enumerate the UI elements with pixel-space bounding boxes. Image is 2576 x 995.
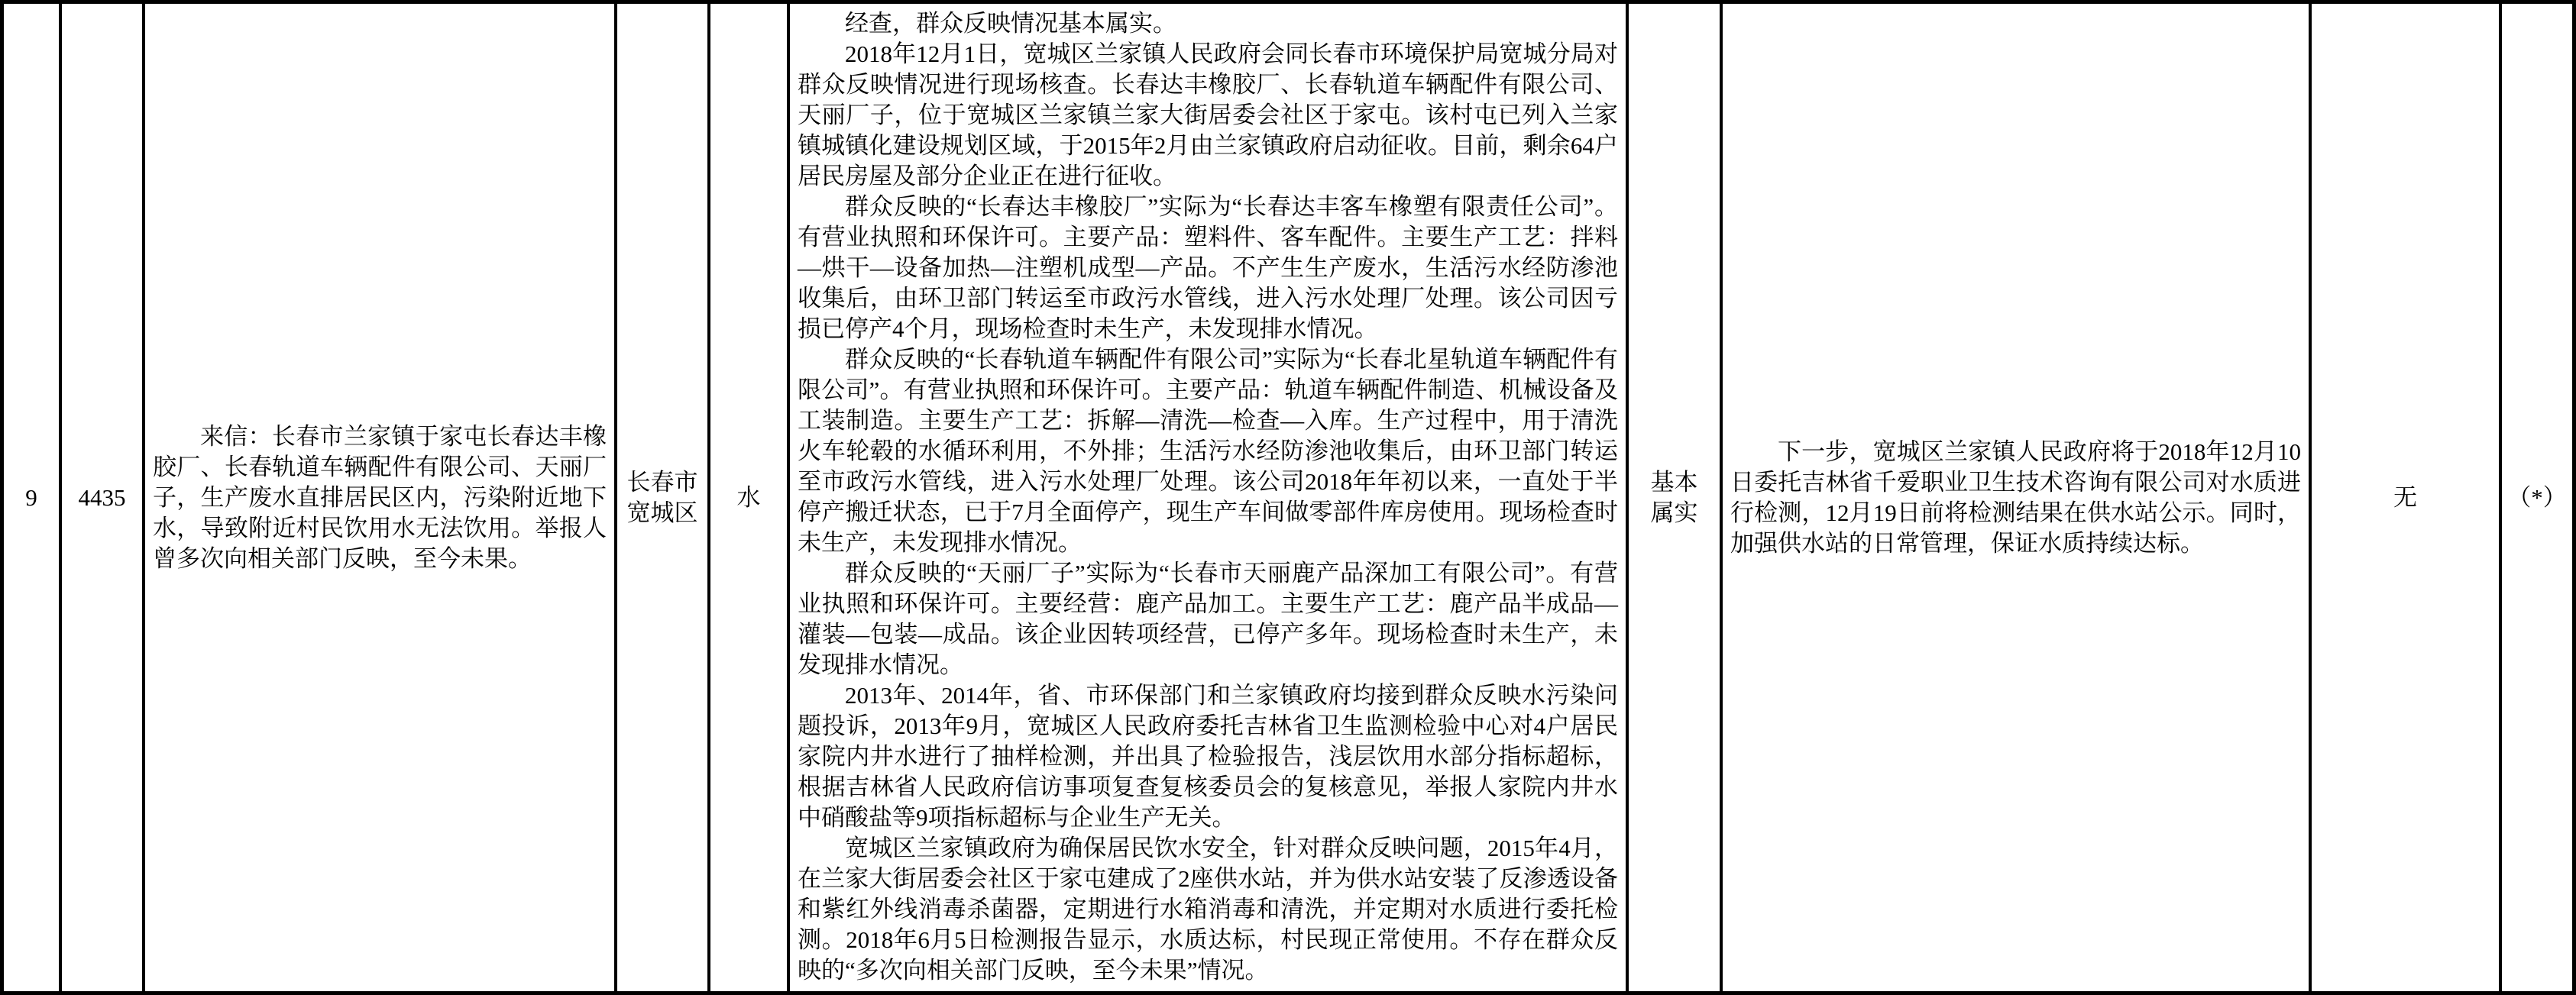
investigation-paragraph: 群众反映的“长春达丰橡胶厂”实际为“长春达丰客车橡塑有限责任公司”。有营业执照和… bbox=[798, 192, 1618, 344]
investigation-cell: 经查，群众反映情况基本属实。 2018年12月1日，宽城区兰家镇人民政府会同长春… bbox=[790, 4, 1626, 991]
accountability-cell: 无 bbox=[2312, 4, 2499, 991]
region-city: 长春市 bbox=[627, 467, 698, 498]
pollution-type: 水 bbox=[737, 483, 761, 513]
complaint-text: 来信：长春市兰家镇于家屯长春达丰橡胶厂、长春轨道车辆配件有限公司、天丽厂子，生产… bbox=[153, 422, 607, 574]
complaint-cell: 来信：长春市兰家镇于家屯长春达丰橡胶厂、长春轨道车辆配件有限公司、天丽厂子，生产… bbox=[145, 4, 614, 991]
publicity-value: （*） bbox=[2507, 483, 2567, 513]
complaint-register-sheet: 9 4435 来信：长春市兰家镇于家屯长春达丰橡胶厂、长春轨道车辆配件有限公司、… bbox=[0, 0, 2576, 995]
region-district: 宽城区 bbox=[627, 498, 698, 528]
investigation-paragraph: 群众反映的“长春轨道车辆配件有限公司”实际为“长春北星轨道车辆配件有限公司”。有… bbox=[798, 344, 1618, 558]
verification-cell: 基本 属实 bbox=[1629, 4, 1720, 991]
verification-result-line2: 属实 bbox=[1651, 498, 1698, 528]
investigation-paragraph: 2018年12月1日，宽城区兰家镇人民政府会同长春市环境保护局宽城分局对群众反映… bbox=[798, 39, 1618, 192]
handling-cell: 下一步，宽城区兰家镇人民政府将于2018年12月10日委托吉林省千爱职业卫生技术… bbox=[1723, 4, 2309, 991]
table-row: 9 4435 来信：长春市兰家镇于家屯长春达丰橡胶厂、长春轨道车辆配件有限公司、… bbox=[0, 0, 2576, 995]
accountability-value: 无 bbox=[2393, 483, 2417, 513]
region-cell: 长春市 宽城区 bbox=[617, 4, 707, 991]
case-number: 4435 bbox=[79, 483, 126, 513]
seq-cell: 9 bbox=[4, 4, 59, 991]
publicity-cell: （*） bbox=[2502, 4, 2572, 991]
investigation-paragraph: 经查，群众反映情况基本属实。 bbox=[798, 8, 1618, 39]
seq-number: 9 bbox=[25, 483, 37, 513]
handling-text: 下一步，宽城区兰家镇人民政府将于2018年12月10日委托吉林省千爱职业卫生技术… bbox=[1730, 437, 2301, 559]
investigation-paragraph: 宽城区兰家镇政府为确保居民饮水安全，针对群众反映问题，2015年4月，在兰家大街… bbox=[798, 833, 1618, 986]
investigation-paragraph: 2013年、2014年，省、市环保部门和兰家镇政府均接到群众反映水污染问题投诉，… bbox=[798, 680, 1618, 833]
pollution-type-cell: 水 bbox=[710, 4, 787, 991]
investigation-paragraph: 群众反映的“天丽厂子”实际为“长春市天丽鹿产品深加工有限公司”。有营业执照和环保… bbox=[798, 558, 1618, 680]
case-number-cell: 4435 bbox=[62, 4, 142, 991]
verification-result-line1: 基本 bbox=[1651, 467, 1698, 498]
